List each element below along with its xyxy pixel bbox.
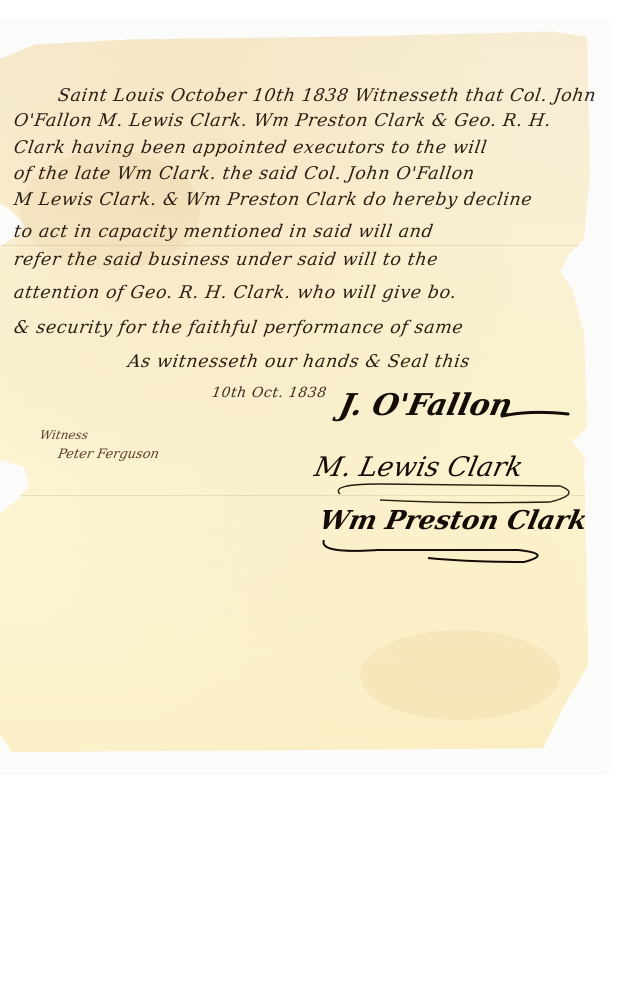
body-line: M Lewis Clark. & Wm Preston Clark do her… [13,190,534,210]
signature-flourish [500,408,570,422]
paper-fold [0,245,590,246]
signature-flourish [318,532,558,566]
witness-label: Witness [39,428,89,442]
body-line: Clark having been appointed executors to… [13,138,489,158]
signature-m-lewis-clark: M. Lewis Clark [312,452,526,483]
body-line: Saint Louis October 10th 1838 Witnesseth… [57,86,598,106]
body-line: attention of Geo. R. H. Clark. who will … [13,283,458,303]
body-line: & security for the faithful performance … [13,318,465,338]
signing-date: 10th Oct. 1838 [211,385,328,401]
body-line: of the late Wm Clark. the said Col. John… [13,164,476,184]
body-line: O'Fallon M. Lewis Clark. Wm Preston Clar… [13,111,553,131]
closing-line: As witnesseth our hands & Seal this [127,352,472,372]
signature-flourish [320,480,580,508]
witness-signature: Peter Ferguson [57,447,161,462]
paper-stain [360,630,560,720]
body-line: refer the said business under said will … [13,250,440,270]
body-line: to act in capacity mentioned in said wil… [13,222,435,242]
signature-ofallon: J. O'Fallon [336,388,515,423]
